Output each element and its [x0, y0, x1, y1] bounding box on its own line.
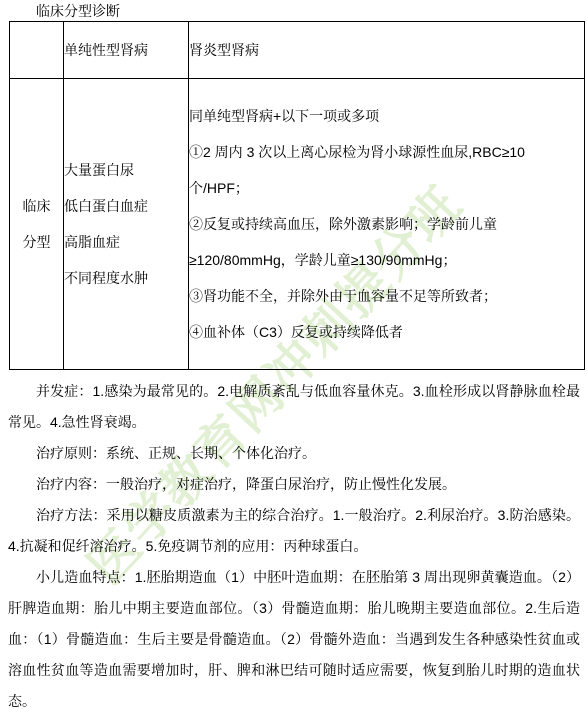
- list-item: 同单纯型肾病+以下一项或多项: [189, 98, 584, 134]
- list-item: 高脂血症: [64, 224, 188, 260]
- notes-section: 并发症：1.感染为最常见的。2.电解质紊乱与低血容量休克。3.血栓形成以肾静脉血…: [0, 370, 587, 709]
- table-header-row: 单纯性型肾病 肾炎型肾病: [10, 22, 585, 79]
- document-body: 临床分型诊断 单纯性型肾病 肾炎型肾病 临床 分型 大量蛋白尿 低白蛋白血症 高…: [0, 0, 587, 709]
- clinical-classification-table: 单纯性型肾病 肾炎型肾病 临床 分型 大量蛋白尿 低白蛋白血症 高脂血症 不同程…: [9, 21, 585, 370]
- row-label-clinical-classification: 临床 分型: [10, 79, 64, 370]
- list-item: 低白蛋白血症: [64, 188, 188, 224]
- paragraph-treatment-methods: 治疗方法：采用以糖皮质激素为主的综合治疗。1.一般治疗。2.利尿治疗。3.防治感…: [8, 500, 580, 562]
- list-item: 大量蛋白尿: [64, 152, 188, 188]
- list-item: ①2 周内 3 次以上离心尿检为肾小球源性血尿,RBC≥10 个/HPF；: [189, 134, 584, 206]
- paragraph-treatment-content: 治疗内容：一般治疗，对症治疗，降蛋白尿治疗，防止慢性化发展。: [8, 469, 580, 500]
- table-header-simple-nephrosis: 单纯性型肾病: [64, 22, 189, 79]
- list-item: ③肾功能不全，并除外由于血容量不足等所致者；: [189, 278, 584, 314]
- simple-nephrosis-cell: 大量蛋白尿 低白蛋白血症 高脂血症 不同程度水肿: [64, 79, 189, 370]
- table-header-empty-cell: [10, 22, 64, 79]
- list-item: ②反复或持续高血压，除外激素影响；学龄前儿童≥120/80mmHg，学龄儿童≥1…: [189, 206, 584, 278]
- paragraph-complications: 并发症：1.感染为最常见的。2.电解质紊乱与低血容量休克。3.血栓形成以肾静脉血…: [8, 376, 580, 438]
- list-item: ④血补体（C3）反复或持续降低者: [189, 314, 584, 350]
- row-label-line: 分型: [10, 224, 63, 260]
- table-header-nephritic-nephrosis: 肾炎型肾病: [189, 22, 585, 79]
- doc-title: 临床分型诊断: [36, 0, 587, 21]
- paragraph-treatment-principles: 治疗原则：系统、正规、长期、个体化治疗。: [8, 438, 580, 469]
- nephritic-nephrosis-cell: 同单纯型肾病+以下一项或多项 ①2 周内 3 次以上离心尿检为肾小球源性血尿,R…: [189, 79, 585, 370]
- list-item: 不同程度水肿: [64, 260, 188, 296]
- paragraph-pediatric-hematopoiesis: 小儿造血特点：1.胚胎期造血（1）中胚叶造血期：在胚胎第 3 周出现卵黄囊造血。…: [8, 562, 580, 709]
- table-body-row: 临床 分型 大量蛋白尿 低白蛋白血症 高脂血症 不同程度水肿 同单纯型肾病+以下…: [10, 79, 585, 370]
- row-label-line: 临床: [10, 188, 63, 224]
